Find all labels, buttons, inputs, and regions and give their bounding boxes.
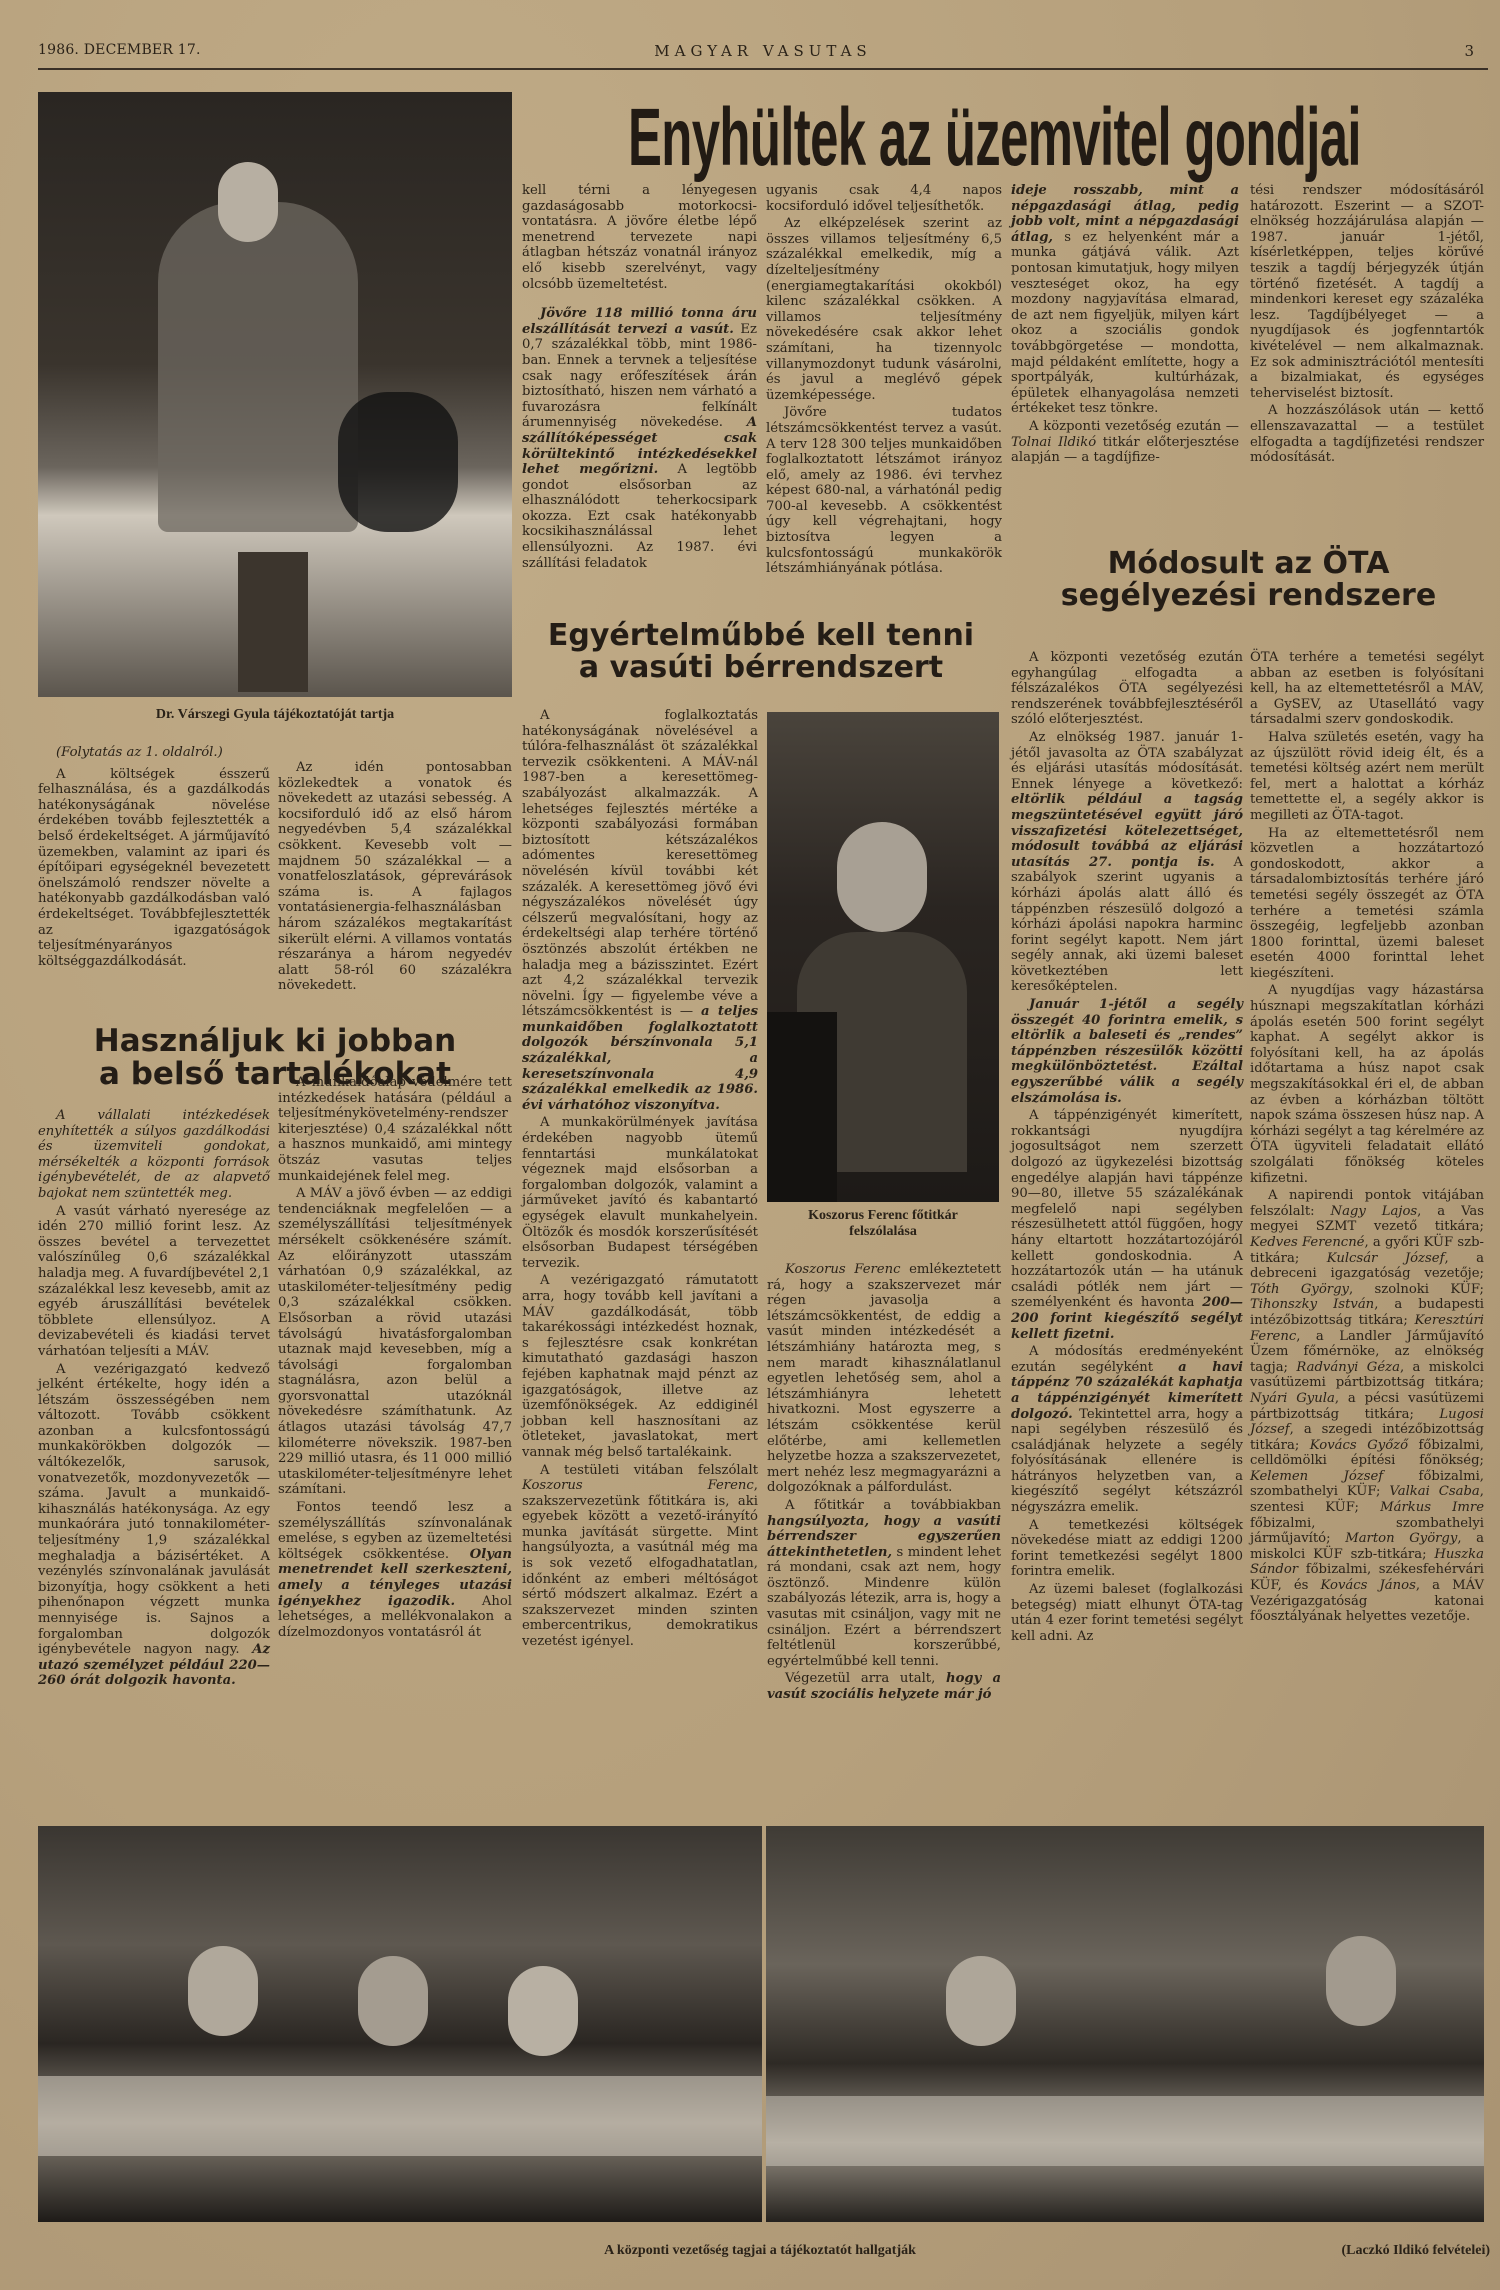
main-headline: Enyhültek az üzemvitel gondjai [628,92,1361,184]
wages-col-1: A foglalkoztatás hatékonyságának növelés… [522,708,758,1652]
reserves-col-1: A vállalati intézkedések enyhítették a s… [38,1108,270,1691]
ota-col-1: A központi vezetőség ezután egyhangúlag … [1011,650,1243,1646]
speaker-name: Kovács Győző [1310,1438,1408,1453]
koszorus-photo [767,712,999,1202]
speaker-name: Kulcsár József [1327,1251,1445,1266]
main-article-col-b: ugyanis csak 4,4 napos kocsiforduló időv… [766,183,1002,579]
speaker-name: Tihonszky István [1250,1297,1374,1312]
speaker-name: Kelemen József [1250,1469,1383,1484]
speaker-name: Kovács János [1321,1578,1416,1593]
ota-col-2: ÖTA terhére a temetési segélyt abban az … [1250,650,1484,1627]
speaker-name: Márkus Imre [1380,1500,1484,1515]
main-article-col-a: kell térni a lényegesen gazdaságosabb mo… [522,183,757,573]
speaker-name: Valkai Csaba [1389,1484,1479,1499]
speaker-name: Marton György [1345,1531,1457,1546]
continuation-col-2: Az idén pontosabban közlekedtek a vonato… [278,760,512,996]
photo-credit: (Laczkó Ildikó felvételei) [1260,2243,1490,2259]
speaker-name: Nagy Lajos [1331,1204,1418,1219]
continuation-col-1: (Folytatás az 1. oldalról.) A költségek … [38,745,270,971]
audience-photo-left [38,1826,762,2222]
wages-col-2: Koszorus Ferenc emlékeztetett rá, hogy a… [767,1262,1001,1705]
ota-headline: Módosult az ÖTA segélyezési rendszere [1011,548,1486,611]
speaker-role: , szolnoki KÜF; [1349,1282,1484,1297]
speaker-name: Kedves Ferencné [1250,1235,1365,1250]
reserves-col-2: A munkaidőalap védelmére tett intézkedés… [278,1075,512,1642]
main-article-col-d: tési rendszer módosításáról határozott. … [1250,183,1484,468]
speaker-photo-caption: Dr. Várszegi Gyula tájékoztatóját tartja [38,707,512,723]
audience-photo-caption: A központi vezetőség tagjai a tájékoztat… [500,2243,1020,2259]
audience-photo-right [766,1826,1484,2222]
masthead-rule [38,68,1488,70]
speaker-photo [38,92,512,697]
page-number: 3 [1464,42,1474,60]
speaker-name: Nyári Gyula [1250,1391,1335,1406]
speakers-list: A napirendi pontok vitájában felszólalt:… [1250,1188,1484,1625]
main-article-col-c: ideje rosszabb, mint a népgazdasági átla… [1011,183,1239,468]
koszorus-photo-caption: Koszorus Ferenc főtitkár felszólalása [767,1208,999,1240]
masthead: 1986. DECEMBER 17. MAGYAR VASUTAS 3 [38,38,1488,62]
speaker-name: Tóth György [1250,1282,1349,1297]
speaker-name: Radványi Géza [1296,1360,1400,1375]
newspaper-title: MAGYAR VASUTAS [38,42,1488,60]
wages-headline: Egyértelműbbé kell tenni a vasúti bérren… [522,620,1000,683]
